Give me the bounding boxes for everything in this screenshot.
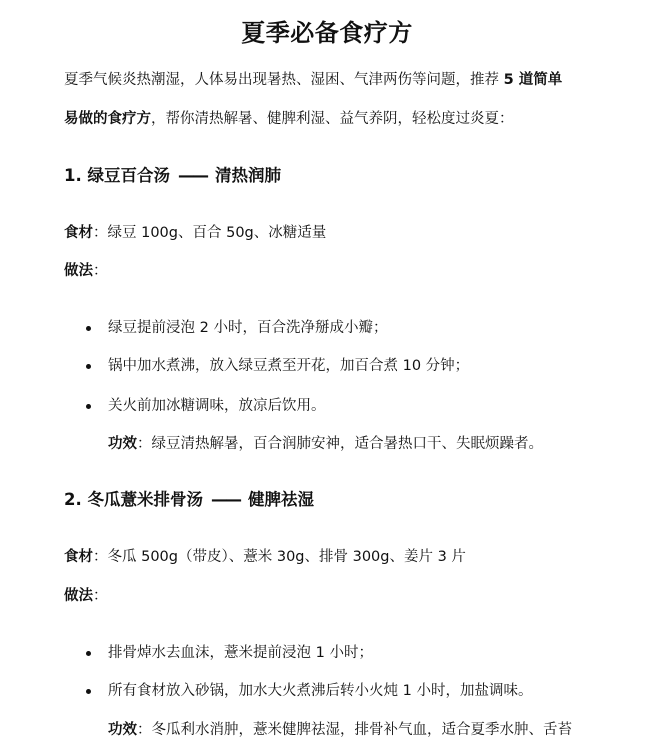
bullet-icon [86,404,91,409]
recipe-step: 绿豆提前浸泡 2 小时，百合洗净掰成小瓣； [108,318,387,338]
page-title: 夏季必备食疗方 [0,17,654,49]
recipe-benefit-title: 清热润肺 [215,166,281,185]
ingredients-text: ：冬瓜 500g（带皮）、薏米 30g、排骨 300g、姜片 3 片 [93,549,466,565]
bullet-icon [86,326,91,331]
em-dash: —— [211,489,240,511]
method-label: 做法 [64,263,93,279]
intro-bold-highlight: 5 道简单 [504,72,563,88]
method-colon: ： [93,588,108,604]
effect-text: ：冬瓜利水消肿，薏米健脾祛湿，排骨补气血，适合夏季水肿、舌苔 [137,722,572,738]
recipe-number: 1. [64,166,82,185]
intro-bold-highlight: 易做的食疗方 [64,111,151,127]
bullet-icon [86,364,91,369]
ingredients-label: 食材 [64,549,93,565]
recipe-step: 所有食材放入砂锅，加水大火煮沸后转小火炖 1 小时，加盐调味。 [108,681,532,701]
recipe-name: 绿豆百合汤 [88,166,171,185]
method-colon: ： [93,263,108,279]
recipe-number: 2. [64,490,82,509]
recipe-benefit-title: 健脾祛湿 [248,490,314,509]
recipe-step: 关火前加冰糖调味，放凉后饮用。 [108,396,326,416]
effect-text: ：绿豆清热解暑，百合润肺安神，适合暑热口干、失眠烦躁者。 [137,436,543,452]
intro-line-1: 夏季气候炎热潮湿，人体易出现暑热、湿困、气津两伤等问题，推荐 5 道简单 [64,70,562,90]
intro-line-2: 易做的食疗方，帮你清热解暑、健脾利湿、益气养阴，轻松度过炎夏： [64,109,514,129]
em-dash: —— [178,165,207,187]
effect-label: 功效 [108,436,137,452]
intro-text: ，帮你清热解暑、健脾利湿、益气养阴，轻松度过炎夏： [151,111,514,127]
recipe-effect-1: 功效：绿豆清热解暑，百合润肺安神，适合暑热口干、失眠烦躁者。 [108,434,543,454]
recipe-method-label-1: 做法： [64,261,108,281]
recipe-ingredients-2: 食材：冬瓜 500g（带皮）、薏米 30g、排骨 300g、姜片 3 片 [64,547,466,567]
method-label: 做法 [64,588,93,604]
recipe-step: 锅中加水煮沸，放入绿豆煮至开花，加百合煮 10 分钟； [108,356,469,376]
recipe-method-label-2: 做法： [64,586,108,606]
recipe-heading-2: 2. 冬瓜薏米排骨汤——健脾祛湿 [64,489,314,511]
ingredients-text: ：绿豆 100g、百合 50g、冰糖适量 [93,225,326,241]
bullet-icon [86,651,91,656]
recipe-ingredients-1: 食材：绿豆 100g、百合 50g、冰糖适量 [64,223,326,243]
intro-text: 夏季气候炎热潮湿，人体易出现暑热、湿困、气津两伤等问题，推荐 [64,72,504,88]
bullet-icon [86,689,91,694]
recipe-heading-1: 1. 绿豆百合汤——清热润肺 [64,165,281,187]
recipe-effect-2: 功效：冬瓜利水消肿，薏米健脾祛湿，排骨补气血，适合夏季水肿、舌苔 [108,720,572,739]
recipe-step: 排骨焯水去血沫，薏米提前浸泡 1 小时； [108,643,373,663]
ingredients-label: 食材 [64,225,93,241]
recipe-name: 冬瓜薏米排骨汤 [88,490,204,509]
document-page: 夏季必备食疗方 夏季气候炎热潮湿，人体易出现暑热、湿困、气津两伤等问题，推荐 5… [0,0,654,739]
effect-label: 功效 [108,722,137,738]
